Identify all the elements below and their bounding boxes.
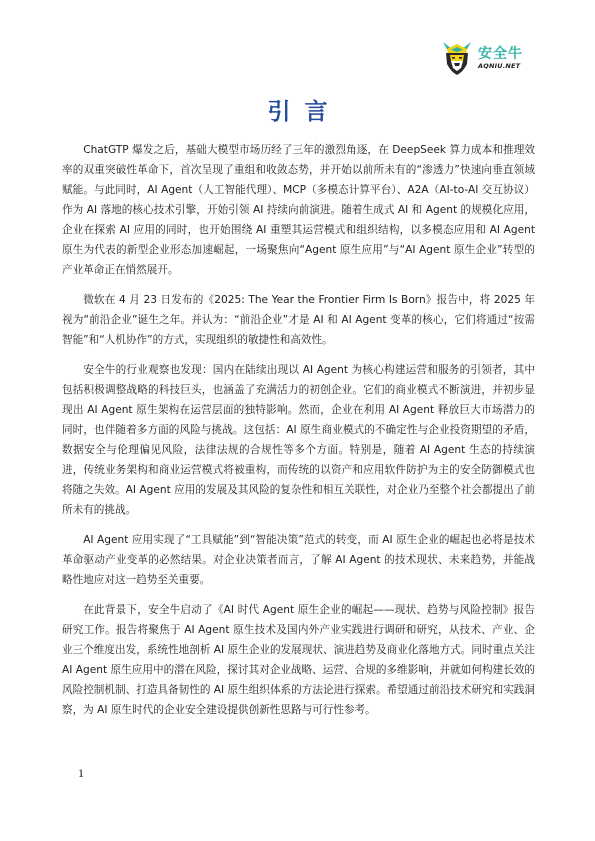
- paragraph-report-background: 在此背景下，安全牛启动了《AI 时代 Agent 原生企业的崛起——现状、趋势与…: [62, 600, 535, 720]
- paragraph-intro-chatgpt: ChatGTP 爆发之后，基础大模型市场历经了三年的激烈角逐，在 DeepSee…: [62, 140, 535, 280]
- paragraph-microsoft-report: 微软在 4 月 23 日发布的《2025: The Year the Front…: [62, 290, 535, 350]
- paragraph-paradigm-shift: AI Agent 应用实现了“工具赋能”到“智能决策”范式的转变，而 AI 原生…: [62, 530, 535, 590]
- logo-name-en: AQNIU.NET: [478, 62, 520, 70]
- logo-text: 安全牛 AQNIU.NET: [478, 46, 523, 70]
- logo-name-cn: 安全牛: [478, 46, 523, 62]
- page-title: 引言: [0, 93, 595, 126]
- header-logo: 安全牛 AQNIU.NET: [440, 40, 523, 76]
- document-body: ChatGTP 爆发之后，基础大模型市场历经了三年的激烈角逐，在 DeepSee…: [62, 140, 535, 730]
- page-number: 1: [78, 766, 84, 781]
- bull-shield-logo-icon: [440, 40, 474, 76]
- paragraph-industry-observation: 安全牛的行业观察也发现：国内在陆续出现以 AI Agent 为核心构建运营和服务…: [62, 360, 535, 520]
